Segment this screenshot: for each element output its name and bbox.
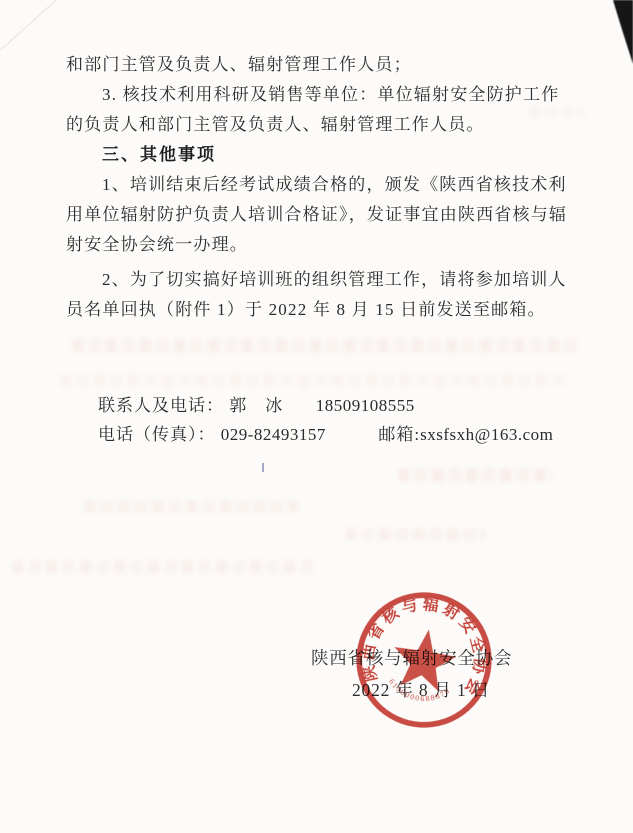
fax-number: 029-82493157 xyxy=(221,425,326,444)
scanned-document-page: { "document": { "lines": [ "和部门主管及负责人、辐射… xyxy=(0,0,633,833)
ink-bleed-artifact xyxy=(84,500,299,513)
body-line: 和部门主管及负责人、辐射管理工作人员； xyxy=(66,50,412,80)
contact-line-1: 联系人及电话： 郭 冰 18509108555 xyxy=(98,391,415,420)
body-line: 1、培训结束后经考试成绩合格的，颁发《陕西省核技术利 xyxy=(66,170,567,200)
body-line: 的负责人和部门主管及负责人、辐射管理工作人员。 xyxy=(66,110,485,140)
section-heading: 三、其他事项 xyxy=(66,140,216,170)
ink-bleed-artifact xyxy=(60,374,570,387)
official-seal: 陕西省核与辐射安全协会 6190000688879 xyxy=(342,578,507,743)
body-line: 2、为了切实搞好培训班的组织管理工作，请将参加培训人 xyxy=(66,265,567,295)
scan-corner-artifact xyxy=(607,0,633,66)
contact-line-2: 电话（传真）： 029-82493157 邮箱:sxsfsxh@163.com xyxy=(98,420,553,449)
contact-phone: 18509108555 xyxy=(316,396,415,415)
ink-bleed-artifact xyxy=(72,338,577,353)
body-line: 射安全协会统一办理。 xyxy=(66,230,248,260)
fax-label: 电话（传真）： xyxy=(98,425,216,444)
contact-name: 郭 冰 xyxy=(229,396,283,415)
contact-label: 联系人及电话： xyxy=(98,396,224,415)
scan-edge-artifact xyxy=(0,0,61,54)
body-line: 用单位辐射防护负责人培训合格证》，发证事宜由陕西省核与辐 xyxy=(66,200,567,230)
ink-bleed-artifact xyxy=(345,528,485,541)
scan-speck-artifact xyxy=(262,463,264,472)
email-address: sxsfsxh@163.com xyxy=(420,425,553,444)
body-line: 3. 核技术利用科研及销售等单位：单位辐射安全防护工作 xyxy=(66,80,559,110)
seal-star xyxy=(389,625,460,694)
body-line: 员名单回执（附件 1）于 2022 年 8 月 15 日前发送至邮箱。 xyxy=(66,295,546,325)
email-label: 邮箱: xyxy=(378,425,420,444)
ink-bleed-artifact xyxy=(12,560,317,574)
seal-serial-number: 6190000688879 xyxy=(385,676,454,708)
ink-bleed-artifact xyxy=(398,468,553,482)
